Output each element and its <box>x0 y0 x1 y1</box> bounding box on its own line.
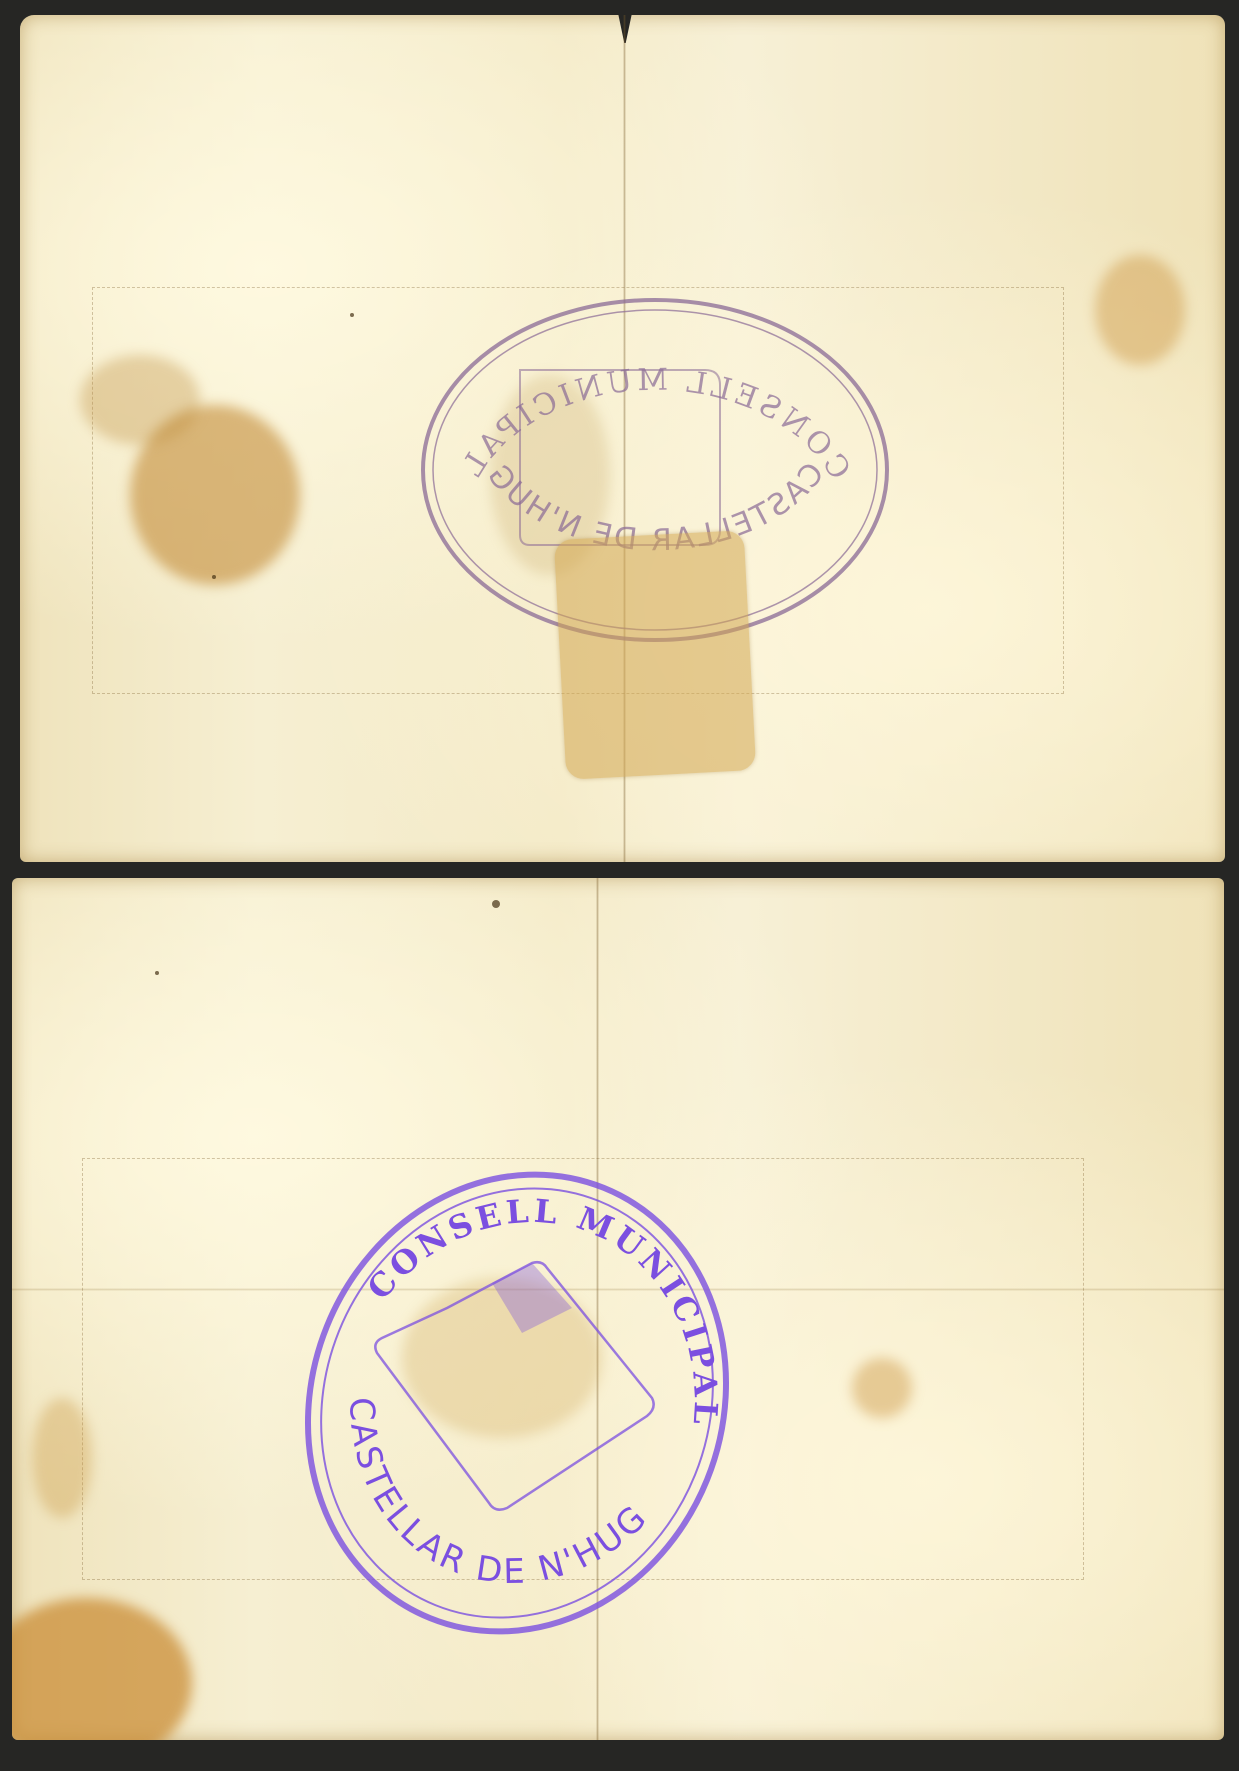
brown-stain <box>32 1398 92 1518</box>
brown-stain <box>852 1358 912 1418</box>
ink-speck <box>155 971 159 975</box>
ink-speck <box>350 313 354 317</box>
municipal-stamp-violet: CONSELL MUNICIPAL CASTELLAR DE N'HUG <box>277 1168 757 1642</box>
repair-tape-patch <box>554 530 756 780</box>
ink-speck <box>212 575 216 579</box>
banknote-top-reverse: CONSELL MUNICIPAL CASTELLAR DE N'HUG <box>20 15 1225 862</box>
ink-speck <box>492 900 500 908</box>
brown-stain <box>80 355 200 445</box>
banknote-bottom-reverse: CONSELL MUNICIPAL CASTELLAR DE N'HUG <box>12 878 1224 1740</box>
brown-stain <box>1095 255 1185 365</box>
svg-text:CASTELLAR DE N'HUG: CASTELLAR DE N'HUG <box>293 1383 662 1644</box>
brown-stain <box>12 1598 192 1740</box>
